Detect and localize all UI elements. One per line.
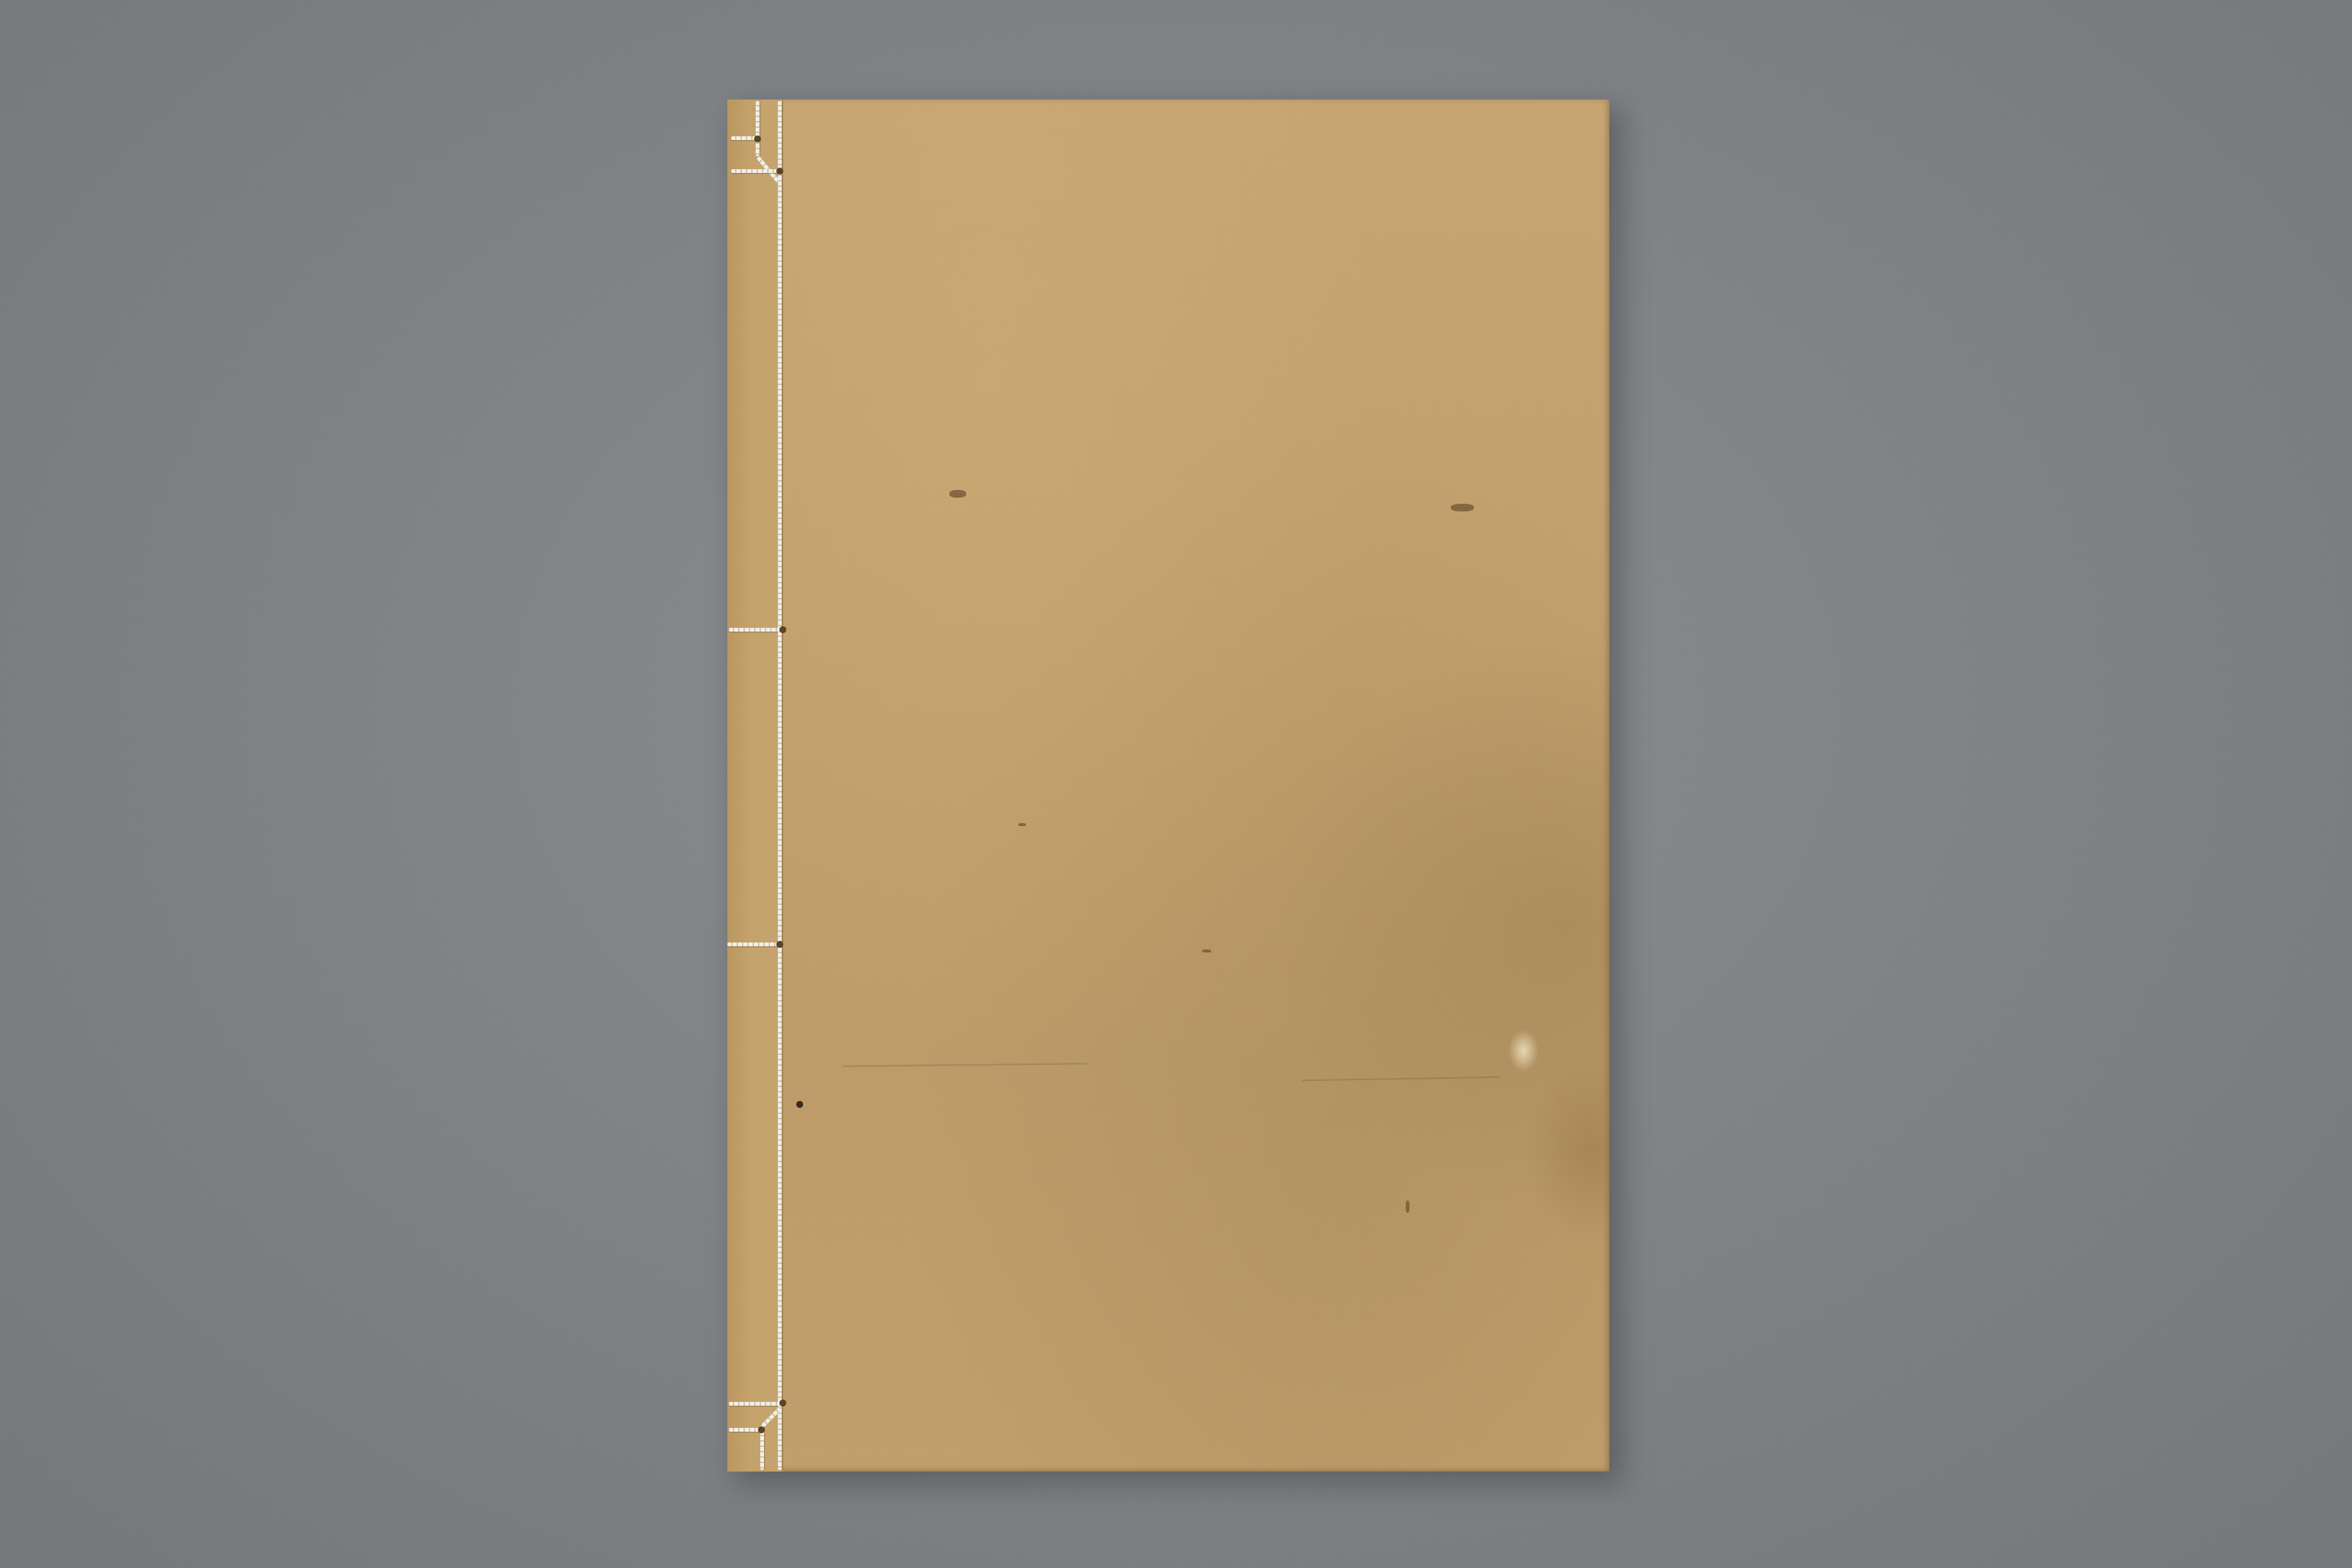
stitch-hole [776,168,783,175]
cover-speck [1202,949,1211,952]
cover-speck [796,1101,803,1108]
cover-speck [1451,504,1474,511]
cover-water-stain [1524,1057,1609,1248]
cover-speck [949,490,966,498]
binding-thread [778,101,782,1470]
binding-thread [756,101,759,156]
stitch-hole [779,626,786,633]
cover-speck [1018,823,1026,826]
stitch-hole [758,1426,765,1433]
binding-wrap [729,628,779,632]
book-cover [727,100,1609,1472]
binding-wrap [727,942,779,946]
binding-wrap [729,1402,781,1406]
stitch-hole [754,136,761,142]
cover-speck [1406,1200,1410,1213]
stitch-hole [776,941,783,948]
binding-wrap [731,169,780,173]
stitch-hole [779,1400,786,1406]
book-spine-margin [727,100,783,1472]
